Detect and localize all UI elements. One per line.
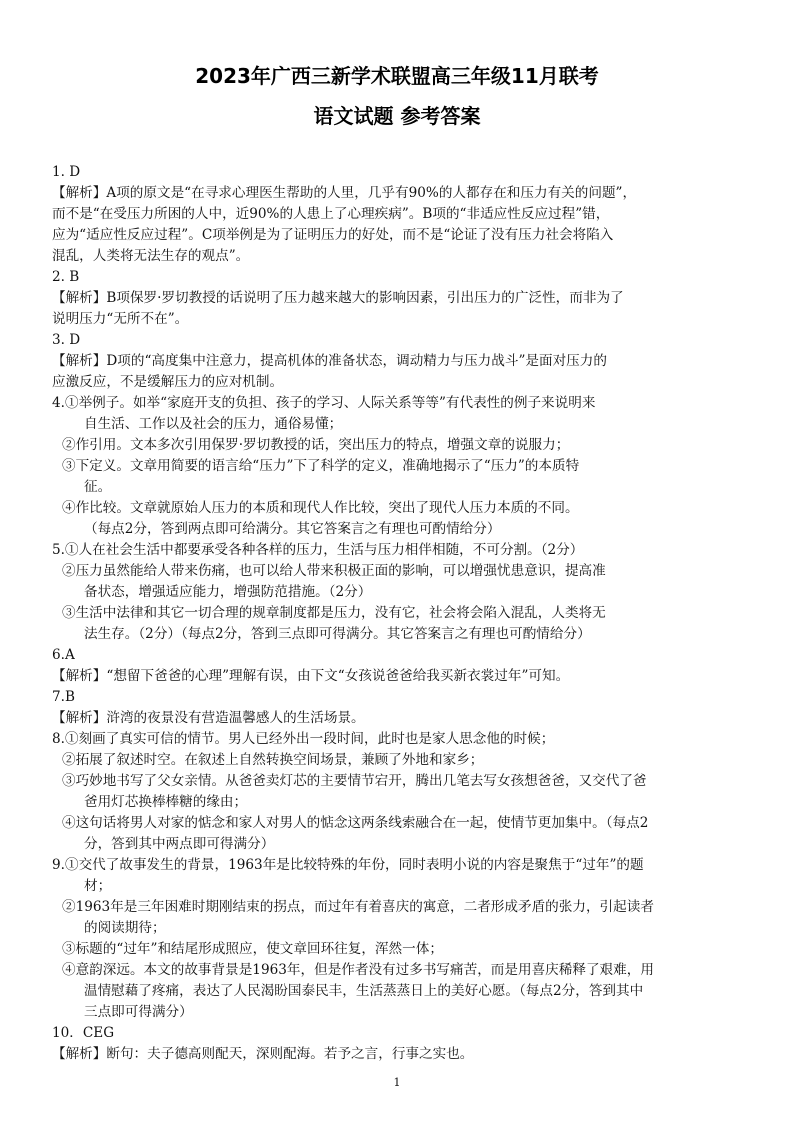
text-line: 法生存。（2分）（每点2分，答到三点即可得满分。其它答案言之有理也可酌情给分）	[84, 625, 591, 643]
text-line: 应激反应，不是缓解压力的应对机制。	[52, 373, 283, 391]
text-line: 而不是“在受压力所困的人中，近90%的人患上了心理疾病”。B项的“非适应性反应过…	[52, 205, 609, 223]
text-line: 三点即可得满分）	[84, 1003, 193, 1021]
text-line: 爸用灯芯换棒棒糖的缘由；	[84, 793, 247, 811]
text-line: 备状态，增强适应能力，增强防范措施。（2分）	[84, 583, 371, 601]
text-line: ④作比较。文章就原始人压力的本质和现代人作比较，突出了现代人压力本质的不同。	[62, 499, 579, 517]
text-line: 10．CEG	[52, 1024, 114, 1042]
text-line: 【解析】D项的“高度集中注意力，提高机体的准备状态，调动精力与压力战斗”是面对压…	[52, 352, 607, 370]
text-line: 分，答到其中两点即可得满分）	[84, 835, 274, 853]
text-line: 温情慰藉了疼痛，表达了人民渴盼国泰民丰，生活蒸蒸日上的美好心愿。（每点2分，答到…	[84, 982, 643, 1000]
text-line: 3. D	[52, 331, 80, 349]
text-line: 【解析】“想留下爸爸的心理”理解有误，由下文“女孩说爸爸给我买新衣裳过年”可知。	[52, 667, 569, 685]
text-line: 材；	[84, 877, 111, 895]
text-line: 说明压力“无所不在”。	[52, 310, 188, 328]
text-line: ③生活中法律和其它一切合理的规章制度都是压力，没有它，社会将会陷入混乱，人类将无	[62, 604, 606, 622]
text-line: ③下定义。文章用简要的语言给“压力”下了科学的定义，准确地揭示了“压力”的本质特	[62, 457, 579, 475]
page-number: 1	[0, 1076, 794, 1089]
text-line: 4.①举例子。如举“家庭开支的负担、孩子的学习、人际关系等等”有代表性的例子来说…	[52, 394, 595, 412]
text-line: 【解析】浒湾的夜景没有营造温馨感人的生活场景。	[52, 709, 365, 727]
text-line: 7.B	[52, 688, 75, 706]
text-line: 9.①交代了故事发生的背景，1963年是比较特殊的年份，同时表明小说的内容是聚焦…	[52, 856, 644, 874]
text-line: ②1963年是三年困难时期刚结束的拐点，而过年有着喜庆的寓意，二者形成矛盾的张力…	[62, 898, 654, 916]
text-line: 【解析】A项的原文是“在寻求心理医生帮助的人里，几乎有90%的人都存在和压力有关…	[52, 184, 636, 202]
text-line: （每点2分，答到两点即可给满分。其它答案言之有理也可酌情给分）	[84, 520, 500, 538]
text-line: ②作引用。文本多次引用保罗·罗切教授的话，突出压力的特点，增强文章的说服力；	[62, 436, 569, 454]
text-line: 6.A	[52, 646, 75, 664]
text-line: ④这句话将男人对家的惦念和家人对男人的惦念这两条线索融合在一起，使情节更加集中。…	[62, 814, 648, 832]
text-line: 征。	[84, 478, 111, 496]
text-line: ②拓展了叙述时空。在叙述上自然转换空间场景，兼顾了外地和家乡；	[62, 751, 483, 769]
text-line: 混乱，人类将无法生存的观点”。	[52, 247, 249, 265]
text-line: 自生活、工作以及社会的压力，通俗易懂；	[84, 415, 342, 433]
text-line: 【解析】B项保罗·罗切教授的话说明了压力越来越大的影响因素，引出压力的广泛性，而…	[52, 289, 624, 307]
document-title: 2023年广西三新学术联盟高三年级11月联考	[0, 60, 794, 89]
text-line: ③标题的“过年”和结尾形成照应，使文章回环往复，浑然一体；	[62, 940, 443, 958]
text-line: 8.①刻画了真实可信的情节。男人已经外出一段时间，此时也是家人思念他的时候；	[52, 730, 554, 748]
text-line: 【解析】断句：夫子德高则配天，深则配海。若予之言，行事之实也。	[52, 1045, 473, 1063]
text-line: 1. D	[52, 163, 80, 181]
text-line: ③巧妙地书写了父女亲情。从爸爸卖灯芯的主要情节宕开，腾出几笔去写女孩想爸爸，又交…	[62, 772, 647, 790]
text-line: ④意韵深远。本文的故事背景是1963年，但是作者没有过多书写痛苦，而是用喜庆稀释…	[62, 961, 654, 979]
text-line: 应为“适应性反应过程”。C项举例是为了证明压力的好处，而不是“论证了没有压力社会…	[52, 226, 613, 244]
text-line: 的阅读期待；	[84, 919, 166, 937]
document-subtitle: 语文试题 参考答案	[0, 100, 794, 129]
text-line: ②压力虽然能给人带来伤痛，也可以给人带来积极正面的影响，可以增强忧患意识，提高准	[62, 562, 606, 580]
text-line: 5.①人在社会生活中都要承受各种各样的压力，生活与压力相伴相随，不可分割。（2分…	[52, 541, 583, 559]
text-line: 2. B	[52, 268, 79, 286]
